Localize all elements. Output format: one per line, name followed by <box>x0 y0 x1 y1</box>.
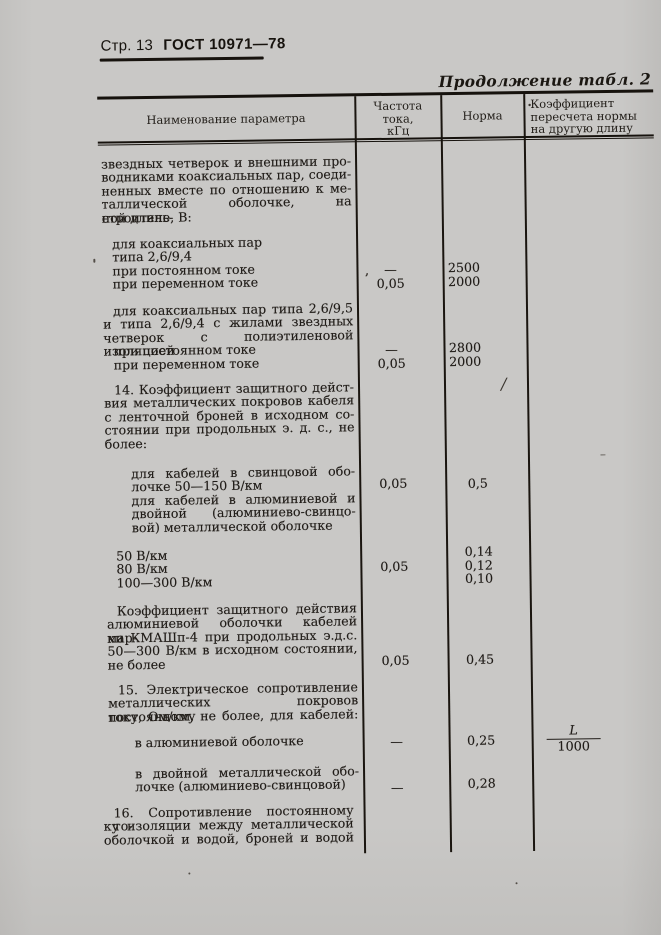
norm-value: 0,28 <box>440 776 523 790</box>
table-row: для коаксиальных пар типа 2,6/9,4 при по… <box>102 234 353 291</box>
norm-value: 0,5 <box>436 476 519 490</box>
frequency-value: — <box>347 262 433 277</box>
table-row: для коаксиальных пар типа 2,6/9,5 и типа… <box>103 301 354 371</box>
table-row: 50 В/км 80 В/км 100—300 В/км 0,05 0,14 0… <box>106 546 357 589</box>
scan-artifact: . <box>527 95 532 110</box>
table-text-line: 50—300 В/км в исходном состоянии, <box>107 641 357 658</box>
table-row: в алюминиевой оболочке — 0,25 L 1000 <box>109 733 359 750</box>
frequency-value: 0,05 <box>350 476 436 491</box>
scan-skew-wrapper: Стр. 13 ГОСТ 10971—78 Продолжение табл. … <box>0 0 661 935</box>
parameters-table: Наименование параметра Частота тока, кГц… <box>97 89 661 862</box>
scan-speck <box>93 259 95 263</box>
standard-number: ГОСТ 10971—78 <box>163 35 286 54</box>
column-header-norm: Норма <box>441 109 523 123</box>
column-divider <box>523 94 535 851</box>
table-text-line: при переменном токе <box>103 275 353 292</box>
header-line: кГц <box>356 124 441 138</box>
header-line: на другую длину <box>531 121 653 135</box>
column-header-name: Наименование параметра <box>97 111 354 127</box>
table-row: 16. Сопротивление постоянному то- ку изо… <box>103 803 354 846</box>
norm-value: 0,45 <box>439 652 522 666</box>
table-text-line: ной длине, В: <box>102 208 352 225</box>
frequency-value: — <box>348 342 434 357</box>
table-text-line: току, Ом/км, не более, для кабелей: <box>108 707 358 724</box>
norm-value: 2000 <box>423 274 506 288</box>
norm-value: 0,10 <box>437 571 520 585</box>
scan-artifact: – <box>600 447 606 461</box>
table-text-line: при переменном токе <box>104 355 354 372</box>
table-text-line: не более <box>108 655 358 672</box>
table-text-line: лочке (алюминиево-свинцовой) <box>109 778 359 795</box>
table-text-line: оболочкой и водой, броней и водой <box>104 830 354 847</box>
table-text-line: стоянии при продольных э. д. с., не <box>104 420 354 437</box>
scan-artifact: / <box>501 374 507 393</box>
fraction-numerator: L <box>546 724 600 740</box>
frequency-value: — <box>354 734 440 749</box>
norm-value: 2500 <box>422 260 505 274</box>
table-row: в двойной металлической обо- лочке (алюм… <box>109 764 359 794</box>
frequency-value: 0,05 <box>348 276 434 291</box>
table-row: для кабелей в свинцовой обо- лочке 50—15… <box>105 464 356 534</box>
norm-value: 2800 <box>423 340 506 354</box>
running-head-underline <box>100 56 264 61</box>
column-header-frequency: Частота тока, кГц <box>355 99 440 138</box>
scan-speck <box>188 873 190 875</box>
norm-value: 2000 <box>424 354 507 368</box>
norm-value: 0,14 <box>437 544 520 558</box>
table-text-line: вой) металлической оболочке <box>106 518 356 535</box>
frequency-value: — <box>354 780 440 795</box>
coefficient-fraction: L 1000 <box>546 724 600 754</box>
scanned-document-page: Стр. 13 ГОСТ 10971—78 Продолжение табл. … <box>0 0 661 935</box>
scan-artifact: ʼ <box>365 271 369 285</box>
table-row: 14. Коэффициент защитного дейст- вия мет… <box>104 380 355 450</box>
table-text-line: 100—300 В/км <box>106 573 356 590</box>
norm-value: 0,25 <box>440 733 523 747</box>
table-text-line: в алюминиевой оболочке <box>109 733 359 750</box>
running-head: Стр. 13 ГОСТ 10971—78 <box>100 35 285 55</box>
frequency-value: 0,05 <box>351 559 437 574</box>
table-row: звездных четверок и внешними про- водник… <box>101 154 352 224</box>
page-number: Стр. 13 <box>100 37 153 55</box>
frequency-value: 0,05 <box>353 653 439 668</box>
fraction-denominator: 1000 <box>547 739 601 754</box>
frequency-value: 0,05 <box>349 356 435 371</box>
table-row: 15. Электрическое сопротивление металлич… <box>108 680 359 723</box>
table-text-line: таллической оболочке, на строитель- <box>102 195 352 212</box>
table-text-line: более: <box>105 434 355 451</box>
scan-speck <box>516 882 518 884</box>
table-row: Коэффициент защитного действия алюминиев… <box>107 601 358 671</box>
column-header-coefficient: Коэффициент пересчета нормы на другую дл… <box>530 96 652 135</box>
